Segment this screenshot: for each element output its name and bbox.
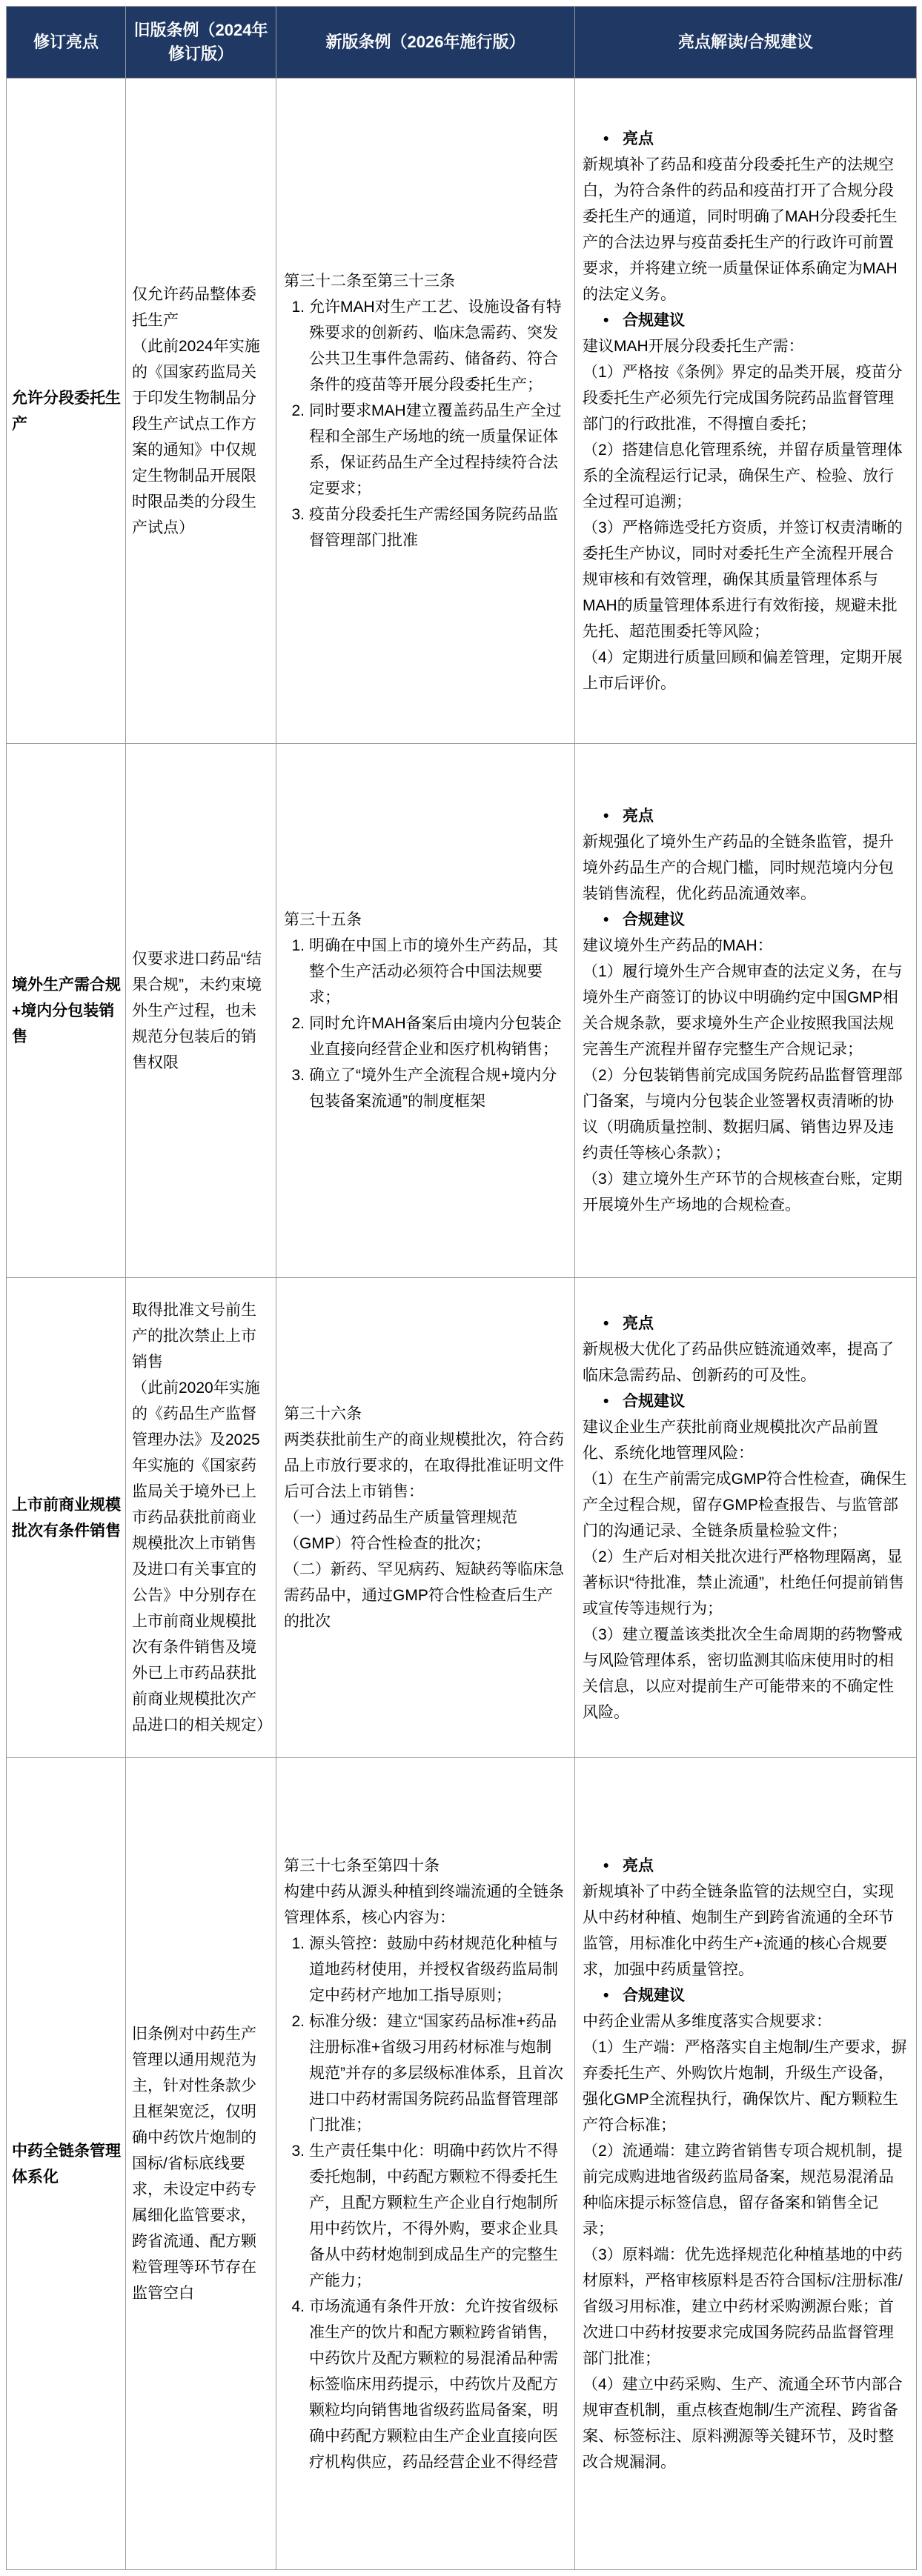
analysis-paragraph: （1）在生产前需完成GMP符合性检查，确保生产全过程合规，留存GMP检查报告、与… (583, 1466, 909, 1544)
analysis-bullet-heading: •亮点 (583, 1853, 909, 1879)
analysis-paragraph: （3）建立境外生产环节的合规核查台账，定期开展境外生产场地的合规检查。 (583, 1166, 909, 1218)
cell-revision-highlight: 允许分段委托生产 (7, 79, 126, 744)
old-regulation-paragraph: 仅要求进口药品“结果合规”，未约束境外生产过程，也未规范分包装后的销售权限 (132, 946, 270, 1076)
analysis-bullet-heading: •亮点 (583, 126, 909, 152)
analysis-paragraph: 建议境外生产药品的MAH： (583, 933, 909, 959)
list-item-text: 明确在中国上市的境外生产药品，其整个生产活动必须符合中国法规要求； (309, 933, 567, 1011)
old-regulation-paragraph: 仅允许药品整体委托生产 (132, 282, 270, 333)
cell-revision-highlight: 中药全链条管理体系化 (7, 1758, 126, 2570)
new-regulation-list: 1.允许MAH对生产工艺、设施设备有特殊要求的创新药、临床急需药、突发公共卫生事… (284, 294, 567, 553)
analysis-paragraph: 新规强化了境外生产药品的全链条监管，提升境外药品生产的合规门槛，同时规范境内分包… (583, 829, 909, 907)
list-number-marker: 2. (284, 398, 309, 424)
bullet-icon: • (603, 1311, 623, 1337)
new-regulation-list-item: 2.标准分级：建立“国家药品标准+药品注册标准+省级习用药材标准与炮制规范”并存… (284, 2008, 567, 2138)
bullet-icon: • (603, 1983, 623, 2008)
list-item-text: 疫苗分段委托生产需经国务院药品监督管理部门批准 (309, 502, 567, 553)
cell-old-regulation: 取得批准文号前生产的批次禁止上市销售（此前2020年实施的《药品生产监督管理办法… (126, 1278, 276, 1758)
analysis-paragraph: 新规填补了中药全链条监管的法规空白，实现从中药材种植、炮制生产到跨省流通的全环节… (583, 1879, 909, 1983)
old-regulation-paragraph: （此前2020年实施的《药品生产监督管理办法》及2025年实施的《国家药监局关于… (132, 1375, 270, 1738)
analysis-bullet-label: 亮点 (623, 808, 654, 825)
analysis-paragraph: 中药企业需从多维度落实合规要求： (583, 2008, 909, 2034)
bullet-icon: • (603, 803, 623, 829)
analysis-bullet-label: 亮点 (623, 1315, 654, 1332)
analysis-paragraph: （2）生产后对相关批次进行严格物理隔离，显著标识“待批准，禁止流通”，杜绝任何提… (583, 1544, 909, 1622)
analysis-bullet-heading: •合规建议 (583, 307, 909, 333)
table-row: 上市前商业规模批次有条件销售取得批准文号前生产的批次禁止上市销售（此前2020年… (7, 1278, 917, 1758)
table-row: 中药全链条管理体系化旧条例对中药生产管理以通用规范为主，针对性条款少且框架宽泛，… (7, 1758, 917, 2570)
analysis-paragraph: （3）建立覆盖该类批次全生命周期的药物警戒与风险管理体系，密切监测其临床使用时的… (583, 1622, 909, 1725)
new-regulation-paragraph: 构建中药从源头种植到终端流通的全链条管理体系，核心内容为： (284, 1879, 567, 1931)
table-body: 允许分段委托生产仅允许药品整体委托生产（此前2024年实施的《国家药监局关于印发… (7, 79, 917, 2570)
analysis-paragraph: 新规极大优化了药品供应链流通效率，提高了临床急需药品、创新药的可及性。 (583, 1337, 909, 1388)
analysis-bullet-label: 合规建议 (623, 1987, 685, 2004)
analysis-paragraph: （4）建立中药采购、生产、流通全环节内部合规审查机制，重点核查炮制/生产流程、跨… (583, 2372, 909, 2475)
bullet-icon: • (603, 1853, 623, 1879)
new-regulation-paragraph: 第三十七条至第四十条 (284, 1853, 567, 1879)
cell-new-regulation: 第三十二条至第三十三条1.允许MAH对生产工艺、设施设备有特殊要求的创新药、临床… (276, 79, 575, 744)
table-header: 修订亮点 旧版条例（2024年修订版） 新版条例（2026年施行版） 亮点解读/… (7, 7, 917, 79)
list-item-text: 标准分级：建立“国家药品标准+药品注册标准+省级习用药材标准与炮制规范”并存的多… (309, 2008, 567, 2138)
cell-new-regulation: 第三十五条1.明确在中国上市的境外生产药品，其整个生产活动必须符合中国法规要求；… (276, 744, 575, 1278)
analysis-paragraph: （4）定期进行质量回顾和偏差管理，定期开展上市后评价。 (583, 645, 909, 696)
cell-analysis: •亮点新规极大优化了药品供应链流通效率，提高了临床急需药品、创新药的可及性。•合… (575, 1278, 917, 1758)
list-number-marker: 3. (284, 2138, 309, 2164)
cell-new-regulation: 第三十六条两类获批前生产的商业规模批次，符合药品上市放行要求的，在取得批准证明文… (276, 1278, 575, 1758)
old-regulation-paragraph: 取得批准文号前生产的批次禁止上市销售 (132, 1297, 270, 1375)
new-regulation-list-item: 1.允许MAH对生产工艺、设施设备有特殊要求的创新药、临床急需药、突发公共卫生事… (284, 294, 567, 398)
analysis-paragraph: （3）严格筛选受托方资质，并签订权责清晰的委托生产协议，同时对委托生产全流程开展… (583, 515, 909, 645)
list-item-text: 市场流通有条件开放：允许按省级标准生产的饮片和配方颗粒跨省销售，中药饮片及配方颗… (309, 2294, 567, 2475)
list-number-marker: 1. (284, 933, 309, 959)
analysis-bullet-label: 合规建议 (623, 312, 685, 329)
analysis-paragraph: 建议企业生产获批前商业规模批次产品前置化、系统化地管理风险： (583, 1414, 909, 1466)
list-number-marker: 4. (284, 2294, 309, 2320)
new-regulation-list-item: 3.生产责任集中化：明确中药饮片不得委托炮制，中药配方颗粒不得委托生产，且配方颗… (284, 2138, 567, 2294)
cell-analysis: •亮点新规填补了药品和疫苗分段委托生产的法规空白，为符合条件的药品和疫苗打开了合… (575, 79, 917, 744)
analysis-paragraph: （3）原料端：优先选择规范化种植基地的中药材原料，严格审核原料是否符合国标/注册… (583, 2242, 909, 2372)
new-regulation-list-item: 3.疫苗分段委托生产需经国务院药品监督管理部门批准 (284, 502, 567, 553)
new-regulation-list: 1.源头管控：鼓励中药材规范化种植与道地药材使用，并授权省级药监局制定中药材产地… (284, 1931, 567, 2475)
old-regulation-paragraph: （此前2024年实施的《国家药监局关于印发生物制品分段生产试点工作方案的通知》中… (132, 333, 270, 541)
list-number-marker: 1. (284, 294, 309, 320)
new-regulation-paragraph: （一）通过药品生产质量管理规范（GMP）符合性检查的批次； (284, 1505, 567, 1557)
analysis-bullet-heading: •合规建议 (583, 907, 909, 933)
cell-old-regulation: 仅允许药品整体委托生产（此前2024年实施的《国家药监局关于印发生物制品分段生产… (126, 79, 276, 744)
cell-old-regulation: 仅要求进口药品“结果合规”，未约束境外生产过程，也未规范分包装后的销售权限 (126, 744, 276, 1278)
cell-new-regulation: 第三十七条至第四十条构建中药从源头种植到终端流通的全链条管理体系，核心内容为：1… (276, 1758, 575, 2570)
new-regulation-paragraph: 两类获批前生产的商业规模批次，符合药品上市放行要求的，在取得批准证明文件后可合法… (284, 1427, 567, 1505)
cell-revision-highlight: 上市前商业规模批次有条件销售 (7, 1278, 126, 1758)
analysis-bullet-label: 合规建议 (623, 1393, 685, 1410)
analysis-bullet-heading: •合规建议 (583, 1983, 909, 2008)
analysis-paragraph: 新规填补了药品和疫苗分段委托生产的法规空白，为符合条件的药品和疫苗打开了合规分段… (583, 152, 909, 307)
new-regulation-list-item: 1.明确在中国上市的境外生产药品，其整个生产活动必须符合中国法规要求； (284, 933, 567, 1011)
cell-old-regulation: 旧条例对中药生产管理以通用规范为主，针对性条款少且框架宽泛，仅明确中药饮片炮制的… (126, 1758, 276, 2570)
col-header-new-regulation: 新版条例（2026年施行版） (276, 7, 575, 79)
new-regulation-list-item: 3.确立了“境外生产全流程合规+境内分包装备案流通”的制度框架 (284, 1062, 567, 1114)
analysis-paragraph: （1）严格按《条例》界定的品类开展，疫苗分段委托生产必须先行完成国务院药品监督管… (583, 359, 909, 437)
analysis-bullet-label: 合规建议 (623, 911, 685, 928)
page: 修订亮点 旧版条例（2024年修订版） 新版条例（2026年施行版） 亮点解读/… (0, 0, 922, 2576)
analysis-paragraph: （1）生产端：严格落实自主炮制/生产要求，摒弃委托生产、外购饮片炮制，升级生产设… (583, 2034, 909, 2138)
table-row: 境外生产需合规+境内分包装销售仅要求进口药品“结果合规”，未约束境外生产过程，也… (7, 744, 917, 1278)
new-regulation-list-item: 2.同时要求MAH建立覆盖药品生产全过程和全部生产场地的统一质量保证体系，保证药… (284, 398, 567, 502)
analysis-paragraph: （1）履行境外生产合规审查的法定义务，在与境外生产商签订的协议中明确约定中国GM… (583, 959, 909, 1062)
analysis-bullet-label: 亮点 (623, 1857, 654, 1874)
header-row: 修订亮点 旧版条例（2024年修订版） 新版条例（2026年施行版） 亮点解读/… (7, 7, 917, 79)
new-regulation-list-item: 4.市场流通有条件开放：允许按省级标准生产的饮片和配方颗粒跨省销售，中药饮片及配… (284, 2294, 567, 2475)
list-item-text: 同时允许MAH备案后由境内分包装企业直接向经营企业和医疗机构销售； (309, 1011, 567, 1062)
new-regulation-paragraph: 第三十六条 (284, 1401, 567, 1427)
old-regulation-paragraph: 旧条例对中药生产管理以通用规范为主，针对性条款少且框架宽泛，仅明确中药饮片炮制的… (132, 2021, 270, 2306)
analysis-paragraph: （2）流通端：建立跨省销售专项合规机制，提前完成购进地省级药监局备案，规范易混淆… (583, 2138, 909, 2242)
analysis-bullet-heading: •亮点 (583, 803, 909, 829)
regulation-comparison-table: 修订亮点 旧版条例（2024年修订版） 新版条例（2026年施行版） 亮点解读/… (6, 6, 917, 2570)
bullet-icon: • (603, 1388, 623, 1414)
new-regulation-list-item: 2.同时允许MAH备案后由境内分包装企业直接向经营企业和医疗机构销售； (284, 1011, 567, 1062)
col-header-revision-highlight: 修订亮点 (7, 7, 126, 79)
col-header-old-regulation: 旧版条例（2024年修订版） (126, 7, 276, 79)
new-regulation-paragraph: 第三十二条至第三十三条 (284, 268, 567, 294)
bullet-icon: • (603, 126, 623, 152)
list-number-marker: 3. (284, 502, 309, 527)
analysis-paragraph: （2）分包装销售前完成国务院药品监督管理部门备案，与境内分包装企业签署权责清晰的… (583, 1062, 909, 1166)
cell-revision-highlight: 境外生产需合规+境内分包装销售 (7, 744, 126, 1278)
list-number-marker: 1. (284, 1931, 309, 1957)
analysis-bullet-heading: •合规建议 (583, 1388, 909, 1414)
list-item-text: 源头管控：鼓励中药材规范化种植与道地药材使用，并授权省级药监局制定中药材产地加工… (309, 1931, 567, 2008)
analysis-bullet-label: 亮点 (623, 130, 654, 147)
new-regulation-paragraph: （二）新药、罕见病药、短缺药等临床急需药品中，通过GMP符合性检查后生产的批次 (284, 1557, 567, 1634)
new-regulation-list: 1.明确在中国上市的境外生产药品，其整个生产活动必须符合中国法规要求；2.同时允… (284, 933, 567, 1114)
bullet-icon: • (603, 307, 623, 333)
list-item-text: 确立了“境外生产全流程合规+境内分包装备案流通”的制度框架 (309, 1062, 567, 1114)
table-row: 允许分段委托生产仅允许药品整体委托生产（此前2024年实施的《国家药监局关于印发… (7, 79, 917, 744)
list-number-marker: 2. (284, 2008, 309, 2034)
list-item-text: 允许MAH对生产工艺、设施设备有特殊要求的创新药、临床急需药、突发公共卫生事件急… (309, 294, 567, 398)
list-number-marker: 2. (284, 1011, 309, 1036)
new-regulation-paragraph: 第三十五条 (284, 907, 567, 933)
list-item-text: 同时要求MAH建立覆盖药品生产全过程和全部生产场地的统一质量保证体系，保证药品生… (309, 398, 567, 502)
list-number-marker: 3. (284, 1062, 309, 1088)
analysis-bullet-heading: •亮点 (583, 1311, 909, 1337)
cell-analysis: •亮点新规填补了中药全链条监管的法规空白，实现从中药材种植、炮制生产到跨省流通的… (575, 1758, 917, 2570)
col-header-analysis: 亮点解读/合规建议 (575, 7, 917, 79)
list-item-text: 生产责任集中化：明确中药饮片不得委托炮制，中药配方颗粒不得委托生产，且配方颗粒生… (309, 2138, 567, 2294)
analysis-paragraph: 建议MAH开展分段委托生产需： (583, 333, 909, 359)
analysis-paragraph: （2）搭建信息化管理系统，并留存质量管理体系的全流程运行记录，确保生产、检验、放… (583, 437, 909, 515)
cell-analysis: •亮点新规强化了境外生产药品的全链条监管，提升境外药品生产的合规门槛，同时规范境… (575, 744, 917, 1278)
bullet-icon: • (603, 907, 623, 933)
new-regulation-list-item: 1.源头管控：鼓励中药材规范化种植与道地药材使用，并授权省级药监局制定中药材产地… (284, 1931, 567, 2008)
